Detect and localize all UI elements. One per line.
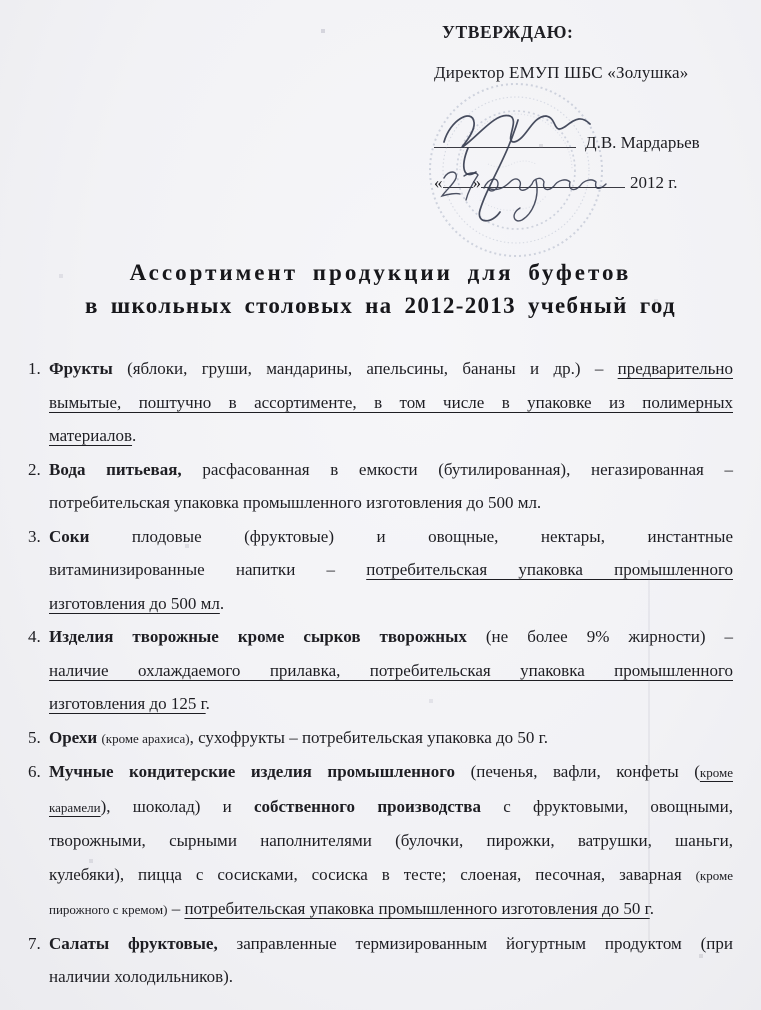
item-number: 7. xyxy=(28,927,41,961)
text-segment: Вода питьевая, xyxy=(49,460,182,479)
document-title: Ассортимент продукции для буфетов в школ… xyxy=(30,256,731,322)
item-number: 4. xyxy=(28,620,41,654)
list-item: 6.Мучные кондитерские изделия промышленн… xyxy=(28,755,733,927)
item-text-line: Изделия творожные кроме сырков творожных… xyxy=(49,620,733,654)
text-segment: , сухофрукты – потребительская упаковка … xyxy=(190,728,548,747)
item-number: 2. xyxy=(28,453,41,487)
text-segment: кулебяки), пицца с сосисками, сосиска в … xyxy=(49,865,696,884)
text-segment: заправленные термизированным йогуртным п… xyxy=(218,934,733,953)
text-segment: – xyxy=(167,899,184,918)
approve-label: УТВЕРЖДАЮ: xyxy=(434,22,754,43)
approval-block: УТВЕРЖДАЮ: Директор ЕМУП ШБС «Золушка» Д… xyxy=(434,22,754,193)
text-segment: наличие охлаждаемого прилавка, потребите… xyxy=(49,661,733,680)
text-segment: плодовые (фруктовые) и овощные, нектары,… xyxy=(89,527,733,546)
text-segment: витаминизированные напитки – xyxy=(49,560,366,579)
text-segment: пирожного с кремом) xyxy=(49,902,167,917)
signature-name: Д.В. Мардарьев xyxy=(585,133,700,152)
text-segment: (печенья, вафли, конфеты ( xyxy=(455,762,700,781)
signature-row: Д.В. Мардарьев xyxy=(434,127,754,153)
text-segment: . xyxy=(206,694,210,713)
scan-speckles xyxy=(0,0,2,2)
scanned-page: УТВЕРЖДАЮ: Директор ЕМУП ШБС «Золушка» Д… xyxy=(0,0,761,1010)
text-segment: (не более 9% жирности) – xyxy=(467,627,733,646)
item-text-line: изготовления до 125 г. xyxy=(49,687,733,721)
date-open-quote: « xyxy=(434,173,443,192)
text-segment: изготовления до 125 г xyxy=(49,694,206,713)
text-segment: Салаты фруктовые, xyxy=(49,934,218,953)
text-segment: . xyxy=(220,594,224,613)
text-segment: (кроме арахиса) xyxy=(101,731,189,746)
list-item: 5.Орехи (кроме арахиса), сухофрукты – по… xyxy=(28,721,733,756)
text-segment: Соки xyxy=(49,527,89,546)
text-segment: Изделия творожные кроме сырков творожных xyxy=(49,627,467,646)
date-row: «»2012 г. xyxy=(434,167,754,193)
list-item: 7.Салаты фруктовые, заправленные термизи… xyxy=(28,927,733,994)
text-segment: (кроме xyxy=(696,868,733,883)
date-year: 2012 г. xyxy=(630,173,678,192)
text-segment: предварительно xyxy=(618,359,733,378)
date-month-line xyxy=(481,167,625,188)
text-segment: карамели xyxy=(49,800,101,815)
text-segment: материалов xyxy=(49,426,132,445)
date-close-quote: » xyxy=(473,173,482,192)
title-line-2: в школьных столовых на 2012-2013 учебный… xyxy=(30,289,731,322)
text-segment: ), шоколад) и xyxy=(101,797,254,816)
text-segment: Орехи xyxy=(49,728,101,747)
date-day-line xyxy=(443,167,473,188)
item-text-line: Орехи (кроме арахиса), сухофрукты – потр… xyxy=(49,721,733,756)
item-number: 3. xyxy=(28,520,41,554)
text-segment: с фруктовыми, овощными, xyxy=(481,797,733,816)
list-item: 4.Изделия творожные кроме сырков творожн… xyxy=(28,620,733,721)
text-segment: собственного производства xyxy=(254,797,481,816)
text-segment: потребительская упаковка промышленного и… xyxy=(184,899,649,918)
items-list: 1.Фрукты (яблоки, груши, мандарины, апел… xyxy=(28,352,733,994)
item-number: 1. xyxy=(28,352,41,386)
item-text-line: наличие охлаждаемого прилавка, потребите… xyxy=(49,654,733,688)
text-segment: Мучные кондитерские изделия промышленног… xyxy=(49,762,455,781)
scan-crease xyxy=(648,560,650,940)
text-segment: вымытые, поштучно в ассортименте, в том … xyxy=(49,393,733,412)
item-number: 6. xyxy=(28,755,41,789)
item-number: 5. xyxy=(28,721,41,755)
item-text-line: вымытые, поштучно в ассортименте, в том … xyxy=(49,386,733,420)
item-text-line: изготовления до 500 мл. xyxy=(49,587,733,621)
director-line: Директор ЕМУП ШБС «Золушка» xyxy=(434,63,754,83)
list-item: 3.Соки плодовые (фруктовые) и овощные, н… xyxy=(28,520,733,621)
text-segment: потребительская упаковка промышленного и… xyxy=(49,493,541,512)
item-text-line: витаминизированные напитки – потребитель… xyxy=(49,553,733,587)
text-segment: Фрукты xyxy=(49,359,113,378)
item-text-line: потребительская упаковка промышленного и… xyxy=(49,486,733,520)
item-text-line: кулебяки), пицца с сосисками, сосиска в … xyxy=(49,858,733,893)
text-segment: (яблоки, груши, мандарины, апельсины, ба… xyxy=(113,359,618,378)
item-text-line: Салаты фруктовые, заправленные термизиро… xyxy=(49,927,733,961)
list-item: 2.Вода питьевая, расфасованная в емкости… xyxy=(28,453,733,520)
item-text-line: Соки плодовые (фруктовые) и овощные, нек… xyxy=(49,520,733,554)
text-segment: изготовления до 500 мл xyxy=(49,594,220,613)
text-segment: расфасованная в емкости (бутилированная)… xyxy=(182,460,733,479)
item-text-line: карамели), шоколад) и собственного произ… xyxy=(49,790,733,825)
item-text-line: Мучные кондитерские изделия промышленног… xyxy=(49,755,733,790)
text-segment: . xyxy=(650,899,654,918)
item-text-line: Фрукты (яблоки, груши, мандарины, апельс… xyxy=(49,352,733,386)
text-segment: наличии холодильников). xyxy=(49,967,233,986)
item-text-line: пирожного с кремом) – потребительская уп… xyxy=(49,892,733,927)
text-segment: потребительская упаковка промышленного xyxy=(366,560,733,579)
list-item: 1.Фрукты (яблоки, груши, мандарины, апел… xyxy=(28,352,733,453)
item-text-line: творожными, сырными наполнителями (булоч… xyxy=(49,824,733,858)
text-segment: творожными, сырными наполнителями (булоч… xyxy=(49,831,733,850)
item-text-line: материалов. xyxy=(49,419,733,453)
text-segment: кроме xyxy=(700,765,733,780)
item-text-line: наличии холодильников). xyxy=(49,960,733,994)
title-line-1: Ассортимент продукции для буфетов xyxy=(30,256,731,289)
text-segment: . xyxy=(132,426,136,445)
signature-line xyxy=(434,127,576,148)
item-text-line: Вода питьевая, расфасованная в емкости (… xyxy=(49,453,733,487)
